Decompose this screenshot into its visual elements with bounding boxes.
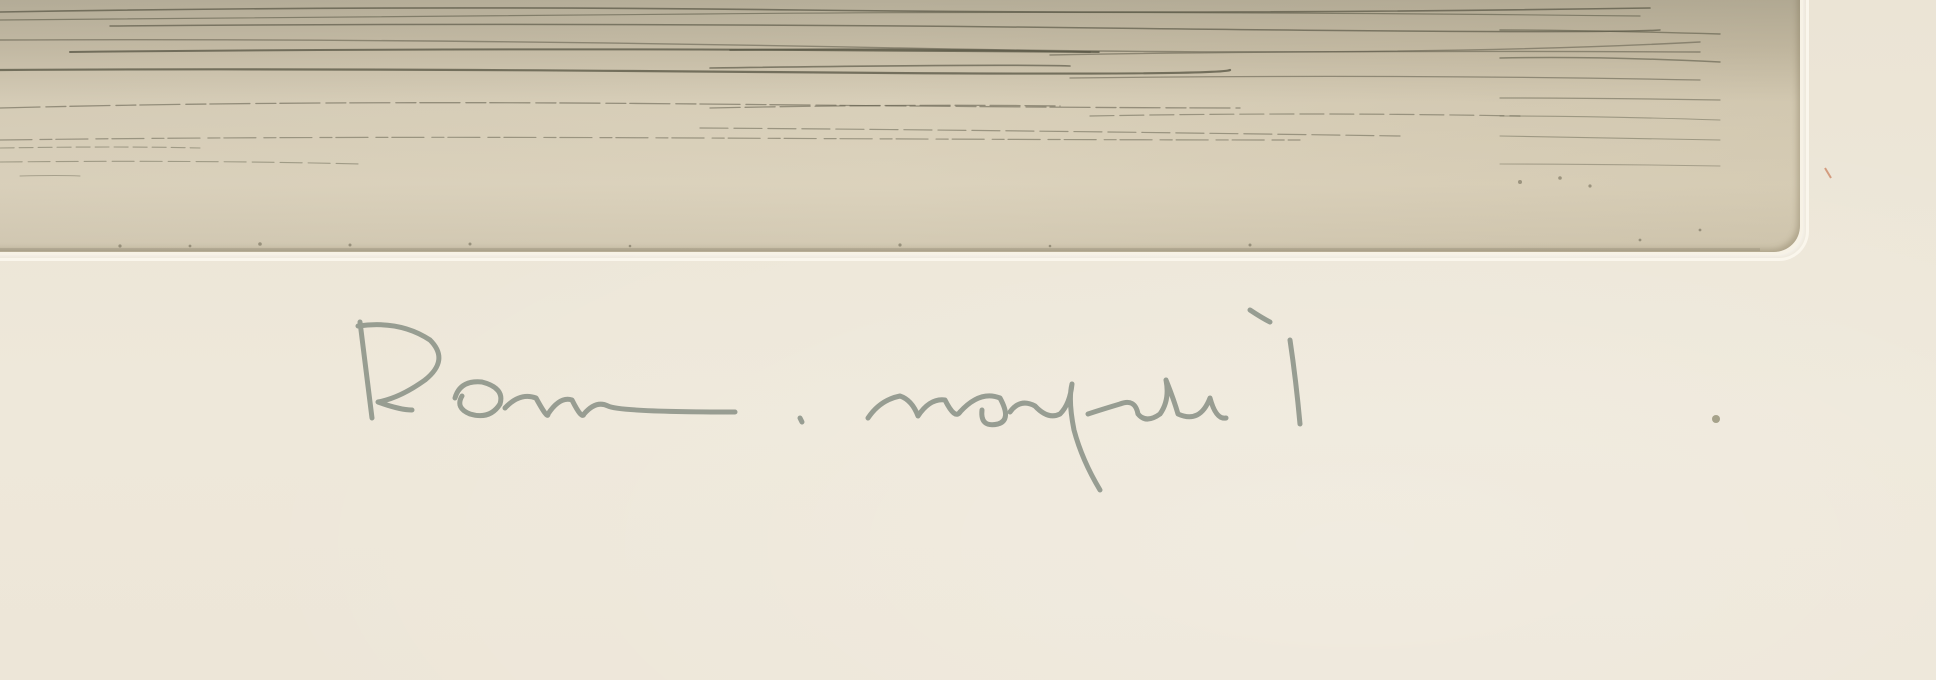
pencil-signature — [0, 0, 1936, 680]
signature-dot — [1712, 415, 1720, 423]
